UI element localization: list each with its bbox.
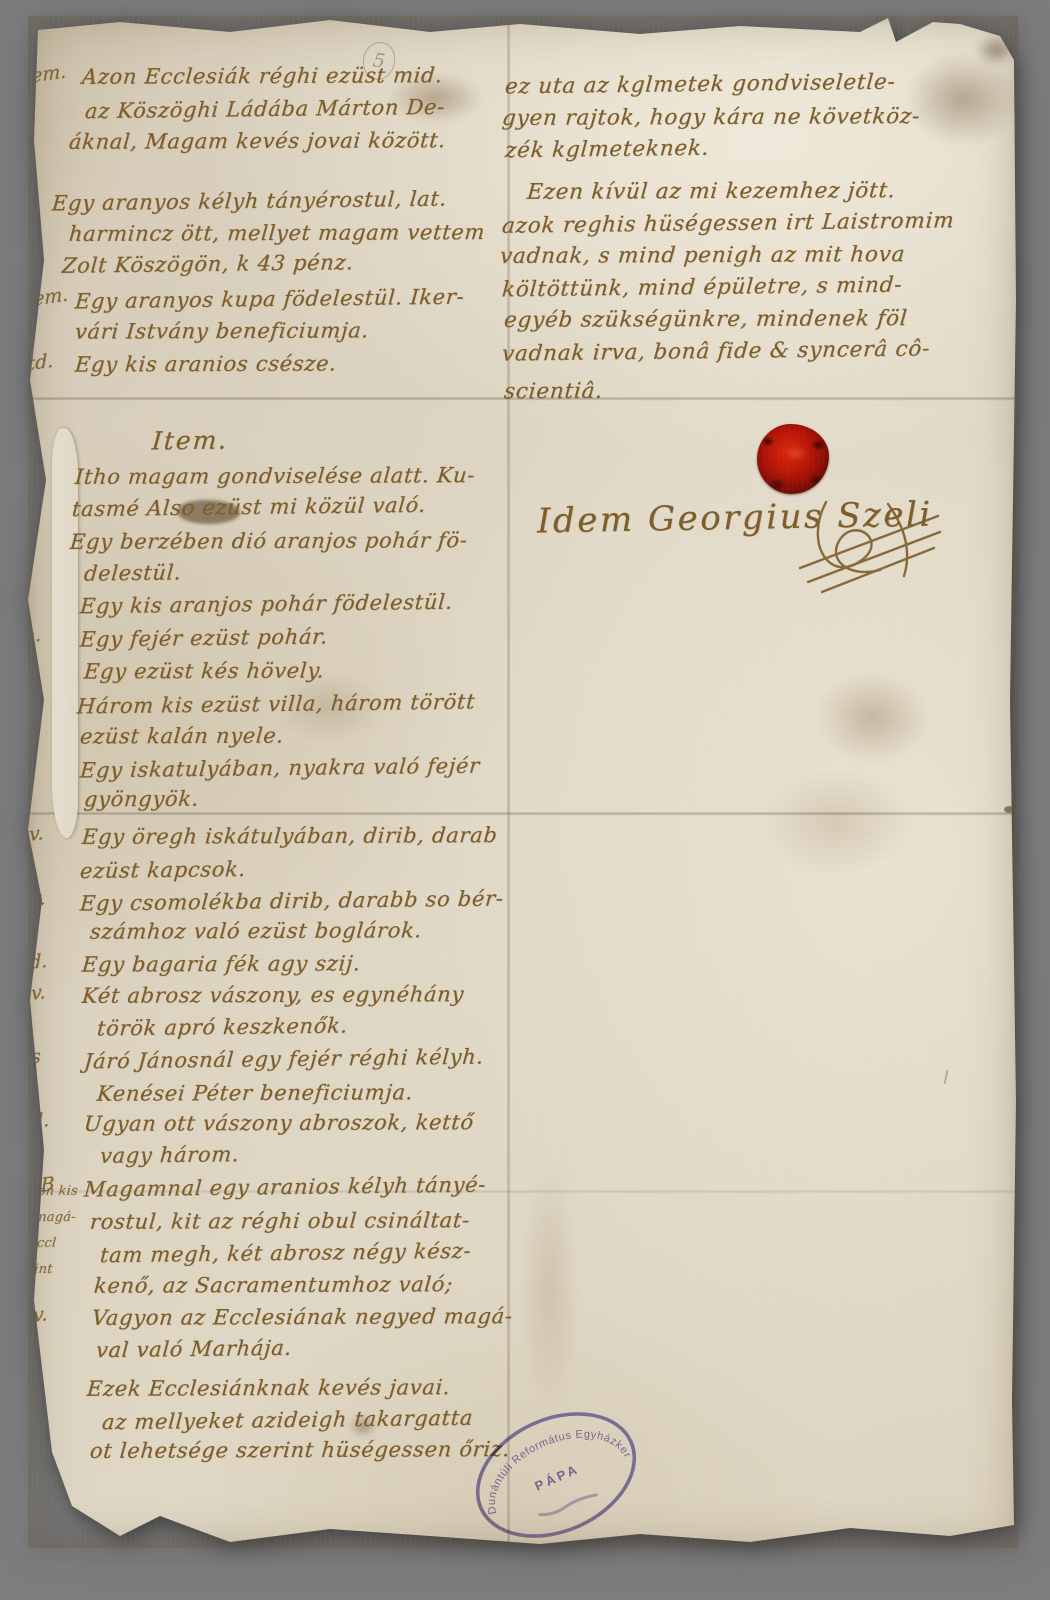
manuscript-line: tasmé Also ezüst mi közül való. bbox=[71, 493, 427, 521]
manuscript-line: kenő, az Sacramentumhoz való; bbox=[93, 1272, 454, 1298]
margin-item-label: Itd. bbox=[16, 1109, 49, 1136]
manuscript-line: Itho magam gondviselése alatt. Ku- bbox=[74, 463, 476, 489]
manuscript-line: áknal, Magam kevés jovai között. bbox=[68, 128, 447, 154]
manuscript-line: egyéb szükségünkre, mindenek föl bbox=[503, 306, 909, 333]
manuscript-paper: 5 Item.Azon Ecclesiák réghi ezüst mid.az… bbox=[28, 16, 1018, 1548]
manuscript-line: gyen rajtok, hogy kára ne követköz- bbox=[501, 104, 921, 131]
manuscript-line: Kenései Péter beneficiumja. bbox=[96, 1080, 414, 1105]
manuscript-line: tam megh, két abrosz négy kész- bbox=[99, 1239, 472, 1268]
manuscript-line: számhoz való ezüst boglárok. bbox=[89, 918, 423, 943]
manuscript-line: az mellyeket azideigh takargatta bbox=[101, 1406, 474, 1435]
stamp-center-text: PÁPA bbox=[532, 1461, 581, 1494]
manuscript-line: vadnak irva, bonâ fide & syncerâ cô- bbox=[501, 336, 931, 366]
manuscript-line: török apró keszkenők. bbox=[96, 1013, 349, 1040]
margin-item-label: em. bbox=[6, 623, 41, 650]
manuscript-line: ezüst kapcsok. bbox=[79, 857, 247, 883]
manuscript-line: Zolt Köszögön, k 43 pénz. bbox=[61, 250, 355, 278]
manuscript-line: az Köszöghi Ládába Márton De- bbox=[84, 95, 446, 123]
paper-surface: 5 Item.Azon Ecclesiák réghi ezüst mid.az… bbox=[0, 0, 1050, 1600]
manuscript-line: Egy kis aranios csésze. bbox=[74, 351, 338, 376]
manuscript-line: Egy kis aranjos pohár födelestül. bbox=[79, 590, 454, 619]
manuscript-line: val való Marhája. bbox=[95, 1336, 293, 1362]
manuscript-line: Ezek Ecclesiánknak kevés javai. bbox=[86, 1375, 451, 1401]
manuscript-line: az 3 magá- bbox=[1, 1210, 76, 1225]
manuscript-line: gyöngyök. bbox=[83, 787, 200, 812]
manuscript-line: Ezen kívül az mi kezemhez jött. bbox=[526, 178, 897, 205]
manuscript-line: vagy három. bbox=[99, 1142, 240, 1168]
manuscript-line: harmincz ött, mellyet magam vettem bbox=[68, 220, 486, 246]
margin-item-label: Itv. bbox=[16, 887, 45, 913]
manuscript-line: zék kglmeteknek. bbox=[504, 136, 710, 164]
manuscript-line: Ugyan ott vászony abroszok, kettő bbox=[83, 1110, 475, 1136]
margin-item-label: Itd. bbox=[20, 350, 53, 377]
manuscript-line: Két abrosz vászony, es egynéhány bbox=[81, 982, 465, 1008]
manuscript-line: Egy öregh iskátulyában, dirib, darab bbox=[81, 823, 499, 849]
manuscript-line: vadnak, s mind penigh az mit hova bbox=[499, 242, 906, 269]
manuscript-line: Egy fejér ezüst pohár. bbox=[79, 624, 329, 651]
manuscript-line: vári Istvány beneficiumja. bbox=[74, 318, 370, 343]
manuscript-line: Egy aranyos kupa födelestül. Iker- bbox=[74, 285, 465, 314]
manuscript-line: Vagyon az Ecclesiának negyed magá- bbox=[91, 1304, 514, 1330]
manuscript-line: delestül. bbox=[83, 560, 182, 585]
manuscript-line: Járó Jánosnál egy fejér réghi kélyh. bbox=[83, 1045, 485, 1074]
stamp-illegible-line bbox=[539, 1489, 598, 1520]
manuscript-line: Egy ezüst kés hövely. bbox=[83, 658, 325, 683]
manuscript-line: vagyon kis bbox=[5, 1184, 78, 1200]
signature-paraph-flourish bbox=[792, 488, 952, 603]
manuscript-line: szerint bbox=[5, 1262, 53, 1277]
manuscript-line: Egy iskatulyában, nyakra való fejér bbox=[79, 754, 481, 783]
margin-item-label: Item. bbox=[18, 283, 68, 312]
margin-item-label: Itv. bbox=[16, 981, 45, 1007]
margin-item-label: Itv. bbox=[18, 1303, 47, 1329]
manuscript-line: nál Eccl bbox=[1, 1236, 56, 1252]
manuscript-line: Magamnal egy aranios kélyh tányé- bbox=[83, 1173, 487, 1202]
margin-item-label: d. bbox=[12, 591, 30, 616]
manuscript-line: ez uta az kglmetek gondviseletle- bbox=[504, 70, 896, 100]
manuscript-line: költöttünk, mind épületre, s mind- bbox=[501, 273, 903, 303]
manuscript-line: Egy csomolékba dirib, darabb so bér- bbox=[79, 886, 504, 915]
manuscript-text-layer: Item.Azon Ecclesiák réghi ezüst mid.az K… bbox=[0, 0, 1022, 1584]
manuscript-line: Item. bbox=[151, 426, 230, 456]
manuscript-line: Egy bagaria fék agy szij. bbox=[81, 951, 362, 976]
manuscript-line: rostul, kit az réghi obul csináltat- bbox=[89, 1208, 471, 1234]
margin-item-label: Item. bbox=[16, 60, 66, 89]
margin-item-label: Its bbox=[16, 1045, 41, 1071]
manuscript-line: azok reghis hüségessen irt Laistromim bbox=[501, 208, 955, 239]
manuscript-line: Egy aranyos kélyh tányérostul, lat. bbox=[51, 187, 448, 216]
manuscript-line: Egy berzében dió aranjos pohár fö- bbox=[69, 528, 469, 554]
margin-item-label: Itd. bbox=[14, 950, 47, 977]
manuscript-line: Három kis ezüst villa, három törött bbox=[76, 690, 476, 719]
manuscript-line: scientiâ. bbox=[503, 379, 604, 404]
manuscript-line: Azon Ecclesiák réghi ezüst mid. bbox=[81, 63, 444, 89]
document-scan: 5 Item.Azon Ecclesiák réghi ezüst mid.az… bbox=[0, 0, 1050, 1600]
manuscript-line: ezüst kalán nyele. bbox=[79, 724, 285, 749]
margin-item-label: Itv. bbox=[14, 822, 43, 848]
